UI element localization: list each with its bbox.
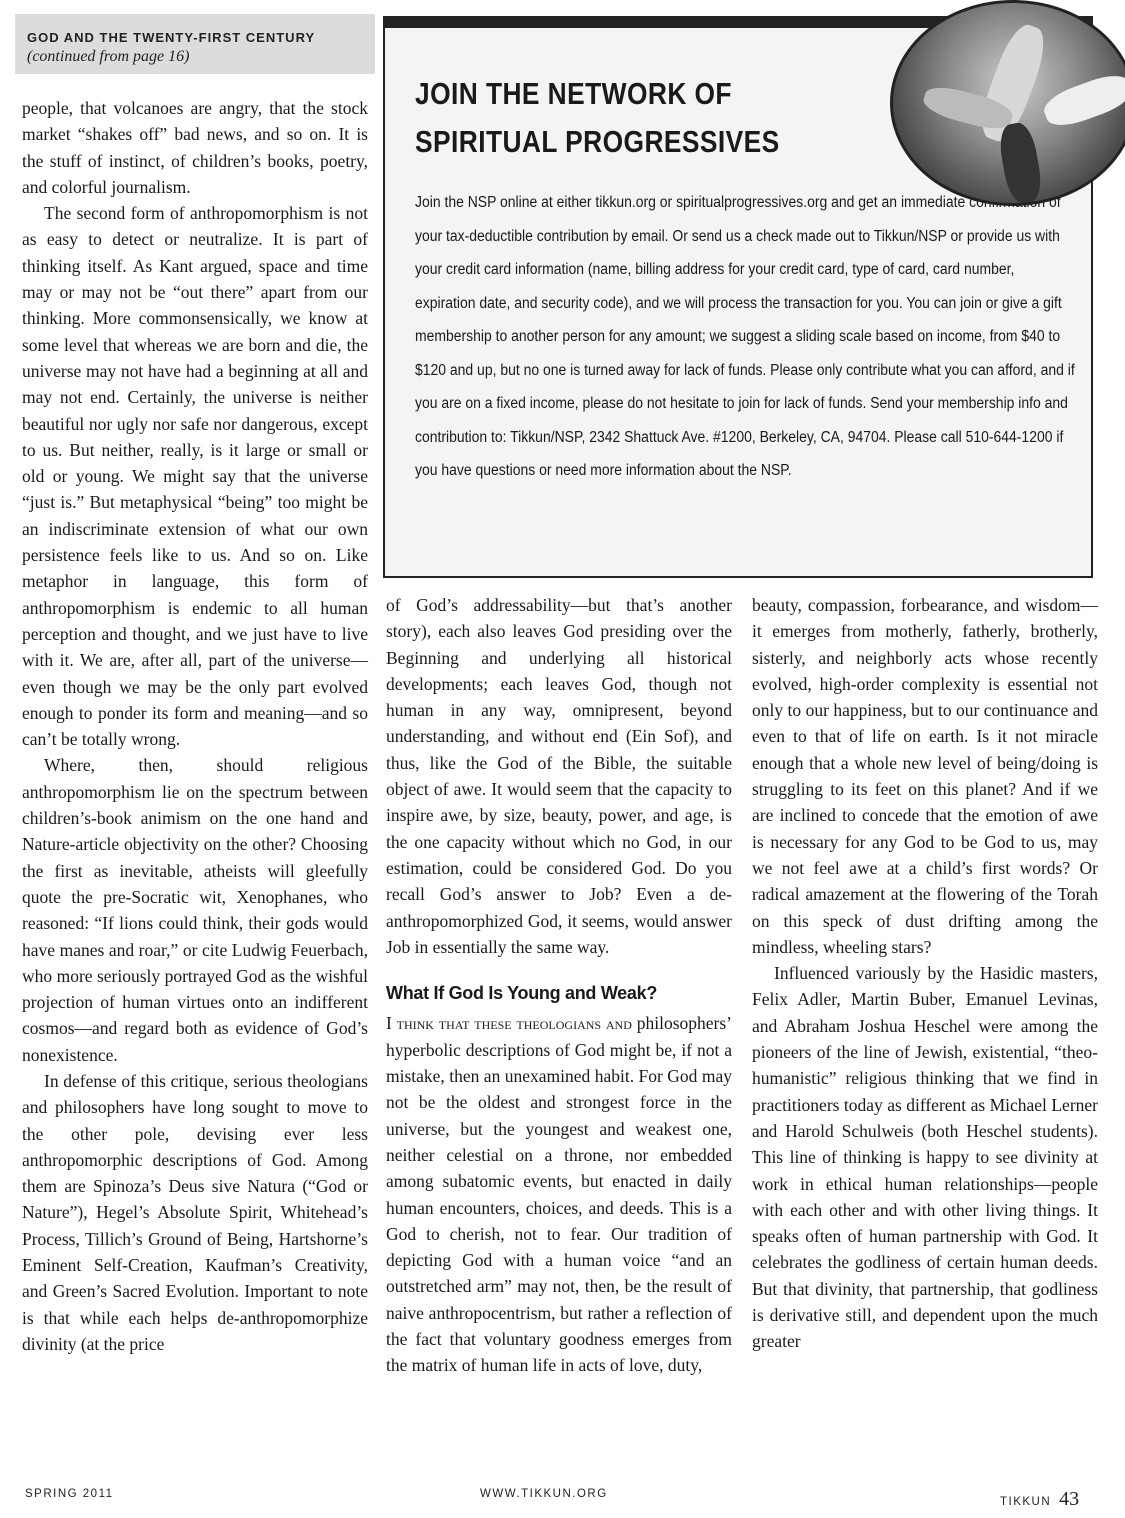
paragraph: philosophers’ hyperbolic descriptions of…	[386, 1013, 732, 1375]
article-column-3: beauty, compassion, forbearance, and wis…	[752, 592, 1098, 1355]
paragraph: Influenced variously by the Hasidic mast…	[752, 960, 1098, 1354]
paragraph: Where, then, should religious anthropomo…	[22, 752, 368, 1068]
footer-issue: SPRING 2011	[25, 1488, 114, 1500]
page-number: 43	[1059, 1488, 1079, 1510]
paragraph: people, that volcanoes are angry, that t…	[22, 95, 368, 200]
article-title: GOD AND THE TWENTY-FIRST CENTURY	[27, 30, 315, 45]
running-header: GOD AND THE TWENTY-FIRST CENTURY (contin…	[15, 14, 375, 74]
footer-website[interactable]: WWW.TIKKUN.ORG	[480, 1488, 608, 1500]
ad-headline: JOIN THE NETWORK OF SPIRITUAL PROGRESSIV…	[415, 70, 780, 166]
paragraph: The second form of anthropomorphism is n…	[22, 200, 368, 752]
lead-in-smallcaps: I think that these theologians and	[386, 1013, 632, 1033]
magazine-name: TIKKUN	[1000, 1496, 1051, 1508]
article-column-1: people, that volcanoes are angry, that t…	[22, 95, 368, 1357]
hands-photo-icon	[890, 0, 1125, 206]
ad-headline-line2: SPIRITUAL PROGRESSIVES	[415, 118, 780, 166]
paragraph: beauty, compassion, forbearance, and wis…	[752, 592, 1098, 960]
paragraph: In defense of this critique, serious the…	[22, 1068, 368, 1357]
ad-headline-line1: JOIN THE NETWORK OF	[415, 70, 780, 118]
article-column-2: of God’s addressability—but that’s anoth…	[386, 592, 732, 1379]
footer-magazine: TIKKUN43	[1000, 1488, 1079, 1511]
ad-body-text: Join the NSP online at either tikkun.org…	[415, 186, 1077, 488]
section-heading: What If God Is Young and Weak?	[386, 980, 732, 1006]
continued-note: (continued from page 16)	[27, 48, 189, 66]
paragraph: of God’s addressability—but that’s anoth…	[386, 592, 732, 960]
